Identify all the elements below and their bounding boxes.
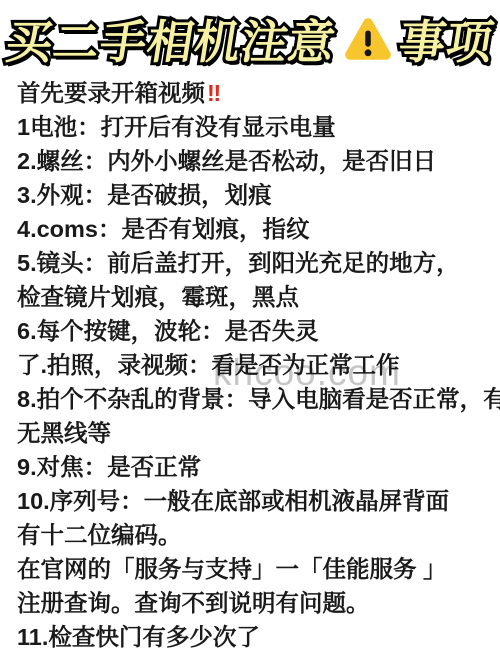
checklist-line-photo-video: 了.拍照，录视频：看是否为正常工作 [17,348,497,382]
intro-text: 首先要录开箱视频 [17,80,205,106]
note-page: 买二手相机注意 事项 khcoo.com 首先要录开箱视频‼ 1电池：打开后有没… [0,0,500,652]
title-part2: 事项 [394,6,498,72]
warning-triangle-icon [342,13,394,65]
checklist-line-screws: 2.螺丝：内外小螺丝是否松动，是否旧日 [17,144,497,178]
checklist-line-serial-1: 10.序列号：一般在底部或相机液晶屏背面 [17,484,497,518]
intro-line: 首先要录开箱视频‼ [17,76,497,110]
title-part1: 买二手相机注意 [1,6,340,72]
checklist-line-background-1: 8.拍个不杂乱的背景：导入电脑看是否正常，有 [17,382,497,416]
checklist-line-official-site-2: 注册查询。查询不到说明有问题。 [17,586,497,620]
checklist: 首先要录开箱视频‼ 1电池：打开后有没有显示电量 2.螺丝：内外小螺丝是否松动，… [17,76,497,652]
checklist-line-serial-2: 有十二位编码。 [17,518,497,552]
checklist-line-appearance: 3.外观：是否破损，划痕 [17,178,497,212]
checklist-line-lens-1: 5.镜头：前后盖打开，到阳光充足的地方， [17,246,497,280]
checklist-line-shutter-count: 11.检查快门有多少次了 [17,620,497,652]
checklist-line-lens-2: 检查镜片划痕，霉斑，黑点 [17,280,497,314]
checklist-line-official-site-1: 在官网的「服务与支持」一「佳能服务 」 [17,552,497,586]
checklist-line-buttons: 6.每个按键，波轮：是否失灵 [17,314,497,348]
checklist-line-battery: 1电池：打开后有没有显示电量 [17,110,497,144]
checklist-line-cmos: 4.coms：是否有划痕，指纹 [17,212,497,246]
checklist-line-background-2: 无黑线等 [17,416,497,450]
checklist-line-focus: 9.对焦：是否正常 [17,450,497,484]
page-title: 买二手相机注意 事项 [0,6,500,72]
double-exclamation-icon: ‼ [207,80,222,106]
